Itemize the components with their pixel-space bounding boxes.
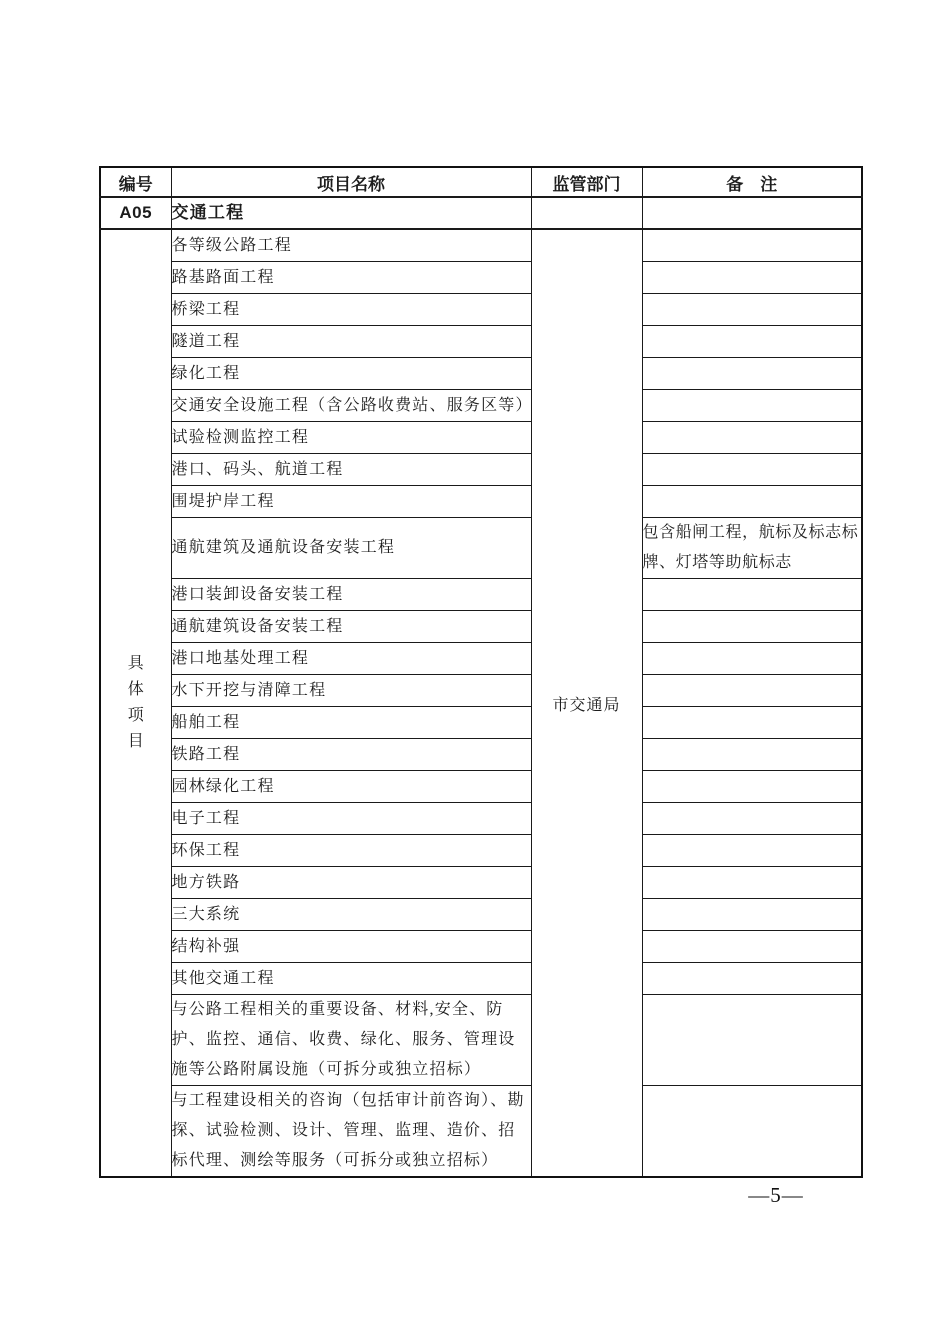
project-name-cell: 铁路工程 <box>171 739 531 771</box>
category-code: A05 <box>100 197 171 229</box>
remark-cell <box>642 294 862 326</box>
table-row: 三大系统 <box>100 899 862 931</box>
group-label-cell: 具体项目 <box>100 229 171 1177</box>
remark-cell <box>642 995 862 1086</box>
project-name-cell: 试验检测监控工程 <box>171 422 531 454</box>
remark-cell <box>642 867 862 899</box>
project-name-cell: 交通安全设施工程（含公路收费站、服务区等） <box>171 390 531 422</box>
table-row: 通航建筑及通航设备安装工程 包含船闸工程，航标及标志标牌、灯塔等助航标志 <box>100 518 862 579</box>
document-page: 编号 项目名称 监管部门 备 注 A05 交通工程 具体项目 各等级公路工程 市… <box>0 0 950 1343</box>
header-department: 监管部门 <box>531 167 642 197</box>
page-number: —5— <box>698 1183 854 1208</box>
project-name-cell: 各等级公路工程 <box>171 229 531 262</box>
remark-cell: 包含船闸工程，航标及标志标牌、灯塔等助航标志 <box>642 518 862 579</box>
remark-cell <box>642 707 862 739</box>
project-name-cell: 绿化工程 <box>171 358 531 390</box>
project-name-cell: 港口装卸设备安装工程 <box>171 579 531 611</box>
project-name-cell: 水下开挖与清障工程 <box>171 675 531 707</box>
header-code: 编号 <box>100 167 171 197</box>
table-row: 路基路面工程 <box>100 262 862 294</box>
project-name-cell: 围堤护岸工程 <box>171 486 531 518</box>
remark-cell <box>642 1086 862 1178</box>
project-name-cell: 三大系统 <box>171 899 531 931</box>
project-name-cell: 隧道工程 <box>171 326 531 358</box>
remark-cell <box>642 963 862 995</box>
project-name-cell: 港口、码头、航道工程 <box>171 454 531 486</box>
department-cell: 市交通局 <box>531 229 642 1177</box>
table-row: 桥梁工程 <box>100 294 862 326</box>
remark-cell <box>642 739 862 771</box>
remark-cell <box>642 262 862 294</box>
remark-cell <box>642 454 862 486</box>
remark-cell <box>642 835 862 867</box>
table-row: 园林绿化工程 <box>100 771 862 803</box>
remark-cell <box>642 611 862 643</box>
project-name-cell: 路基路面工程 <box>171 262 531 294</box>
project-name-cell: 桥梁工程 <box>171 294 531 326</box>
project-name-cell: 通航建筑设备安装工程 <box>171 611 531 643</box>
remark-cell <box>642 229 862 262</box>
category-remark-cell <box>642 197 862 229</box>
remark-cell <box>642 899 862 931</box>
table-row: 港口装卸设备安装工程 <box>100 579 862 611</box>
remark-cell <box>642 675 862 707</box>
project-name-cell: 船舶工程 <box>171 707 531 739</box>
remark-cell <box>642 803 862 835</box>
project-name-cell: 通航建筑及通航设备安装工程 <box>171 518 531 579</box>
table-row: 铁路工程 <box>100 739 862 771</box>
remark-cell <box>642 771 862 803</box>
project-name-cell: 港口地基处理工程 <box>171 643 531 675</box>
category-name: 交通工程 <box>171 197 531 229</box>
remark-cell <box>642 422 862 454</box>
table-row: 船舶工程 <box>100 707 862 739</box>
table-row: 交通安全设施工程（含公路收费站、服务区等） <box>100 390 862 422</box>
remark-cell <box>642 643 862 675</box>
table-header-row: 编号 项目名称 监管部门 备 注 <box>100 167 862 197</box>
remark-cell <box>642 486 862 518</box>
category-department-cell <box>531 197 642 229</box>
table-row: 绿化工程 <box>100 358 862 390</box>
table-row: 水下开挖与清障工程 <box>100 675 862 707</box>
project-name-cell: 与公路工程相关的重要设备、材料,安全、防护、监控、通信、收费、绿化、服务、管理设… <box>171 995 531 1086</box>
project-supervision-table: 编号 项目名称 监管部门 备 注 A05 交通工程 具体项目 各等级公路工程 市… <box>99 166 863 1178</box>
project-name-cell: 电子工程 <box>171 803 531 835</box>
header-project-name: 项目名称 <box>171 167 531 197</box>
project-name-cell: 其他交通工程 <box>171 963 531 995</box>
table-row: 结构补强 <box>100 931 862 963</box>
project-name-cell: 结构补强 <box>171 931 531 963</box>
header-remark: 备 注 <box>642 167 862 197</box>
table-row: 试验检测监控工程 <box>100 422 862 454</box>
table-row: 环保工程 <box>100 835 862 867</box>
table-row: 通航建筑设备安装工程 <box>100 611 862 643</box>
remark-cell <box>642 326 862 358</box>
category-row: A05 交通工程 <box>100 197 862 229</box>
table-row: 具体项目 各等级公路工程 市交通局 <box>100 229 862 262</box>
table-row: 隧道工程 <box>100 326 862 358</box>
project-name-cell: 环保工程 <box>171 835 531 867</box>
group-label: 具体项目 <box>127 651 145 755</box>
remark-cell <box>642 931 862 963</box>
table-row: 围堤护岸工程 <box>100 486 862 518</box>
table-row: 其他交通工程 <box>100 963 862 995</box>
remark-cell <box>642 358 862 390</box>
table-row: 港口地基处理工程 <box>100 643 862 675</box>
table-row: 地方铁路 <box>100 867 862 899</box>
table-row: 与公路工程相关的重要设备、材料,安全、防护、监控、通信、收费、绿化、服务、管理设… <box>100 995 862 1086</box>
table-row: 与工程建设相关的咨询（包括审计前咨询）、勘探、试验检测、设计、管理、监理、造价、… <box>100 1086 862 1178</box>
project-name-cell: 与工程建设相关的咨询（包括审计前咨询）、勘探、试验检测、设计、管理、监理、造价、… <box>171 1086 531 1178</box>
remark-cell <box>642 579 862 611</box>
project-name-cell: 地方铁路 <box>171 867 531 899</box>
remark-cell <box>642 390 862 422</box>
table-row: 港口、码头、航道工程 <box>100 454 862 486</box>
project-name-cell: 园林绿化工程 <box>171 771 531 803</box>
table-row: 电子工程 <box>100 803 862 835</box>
